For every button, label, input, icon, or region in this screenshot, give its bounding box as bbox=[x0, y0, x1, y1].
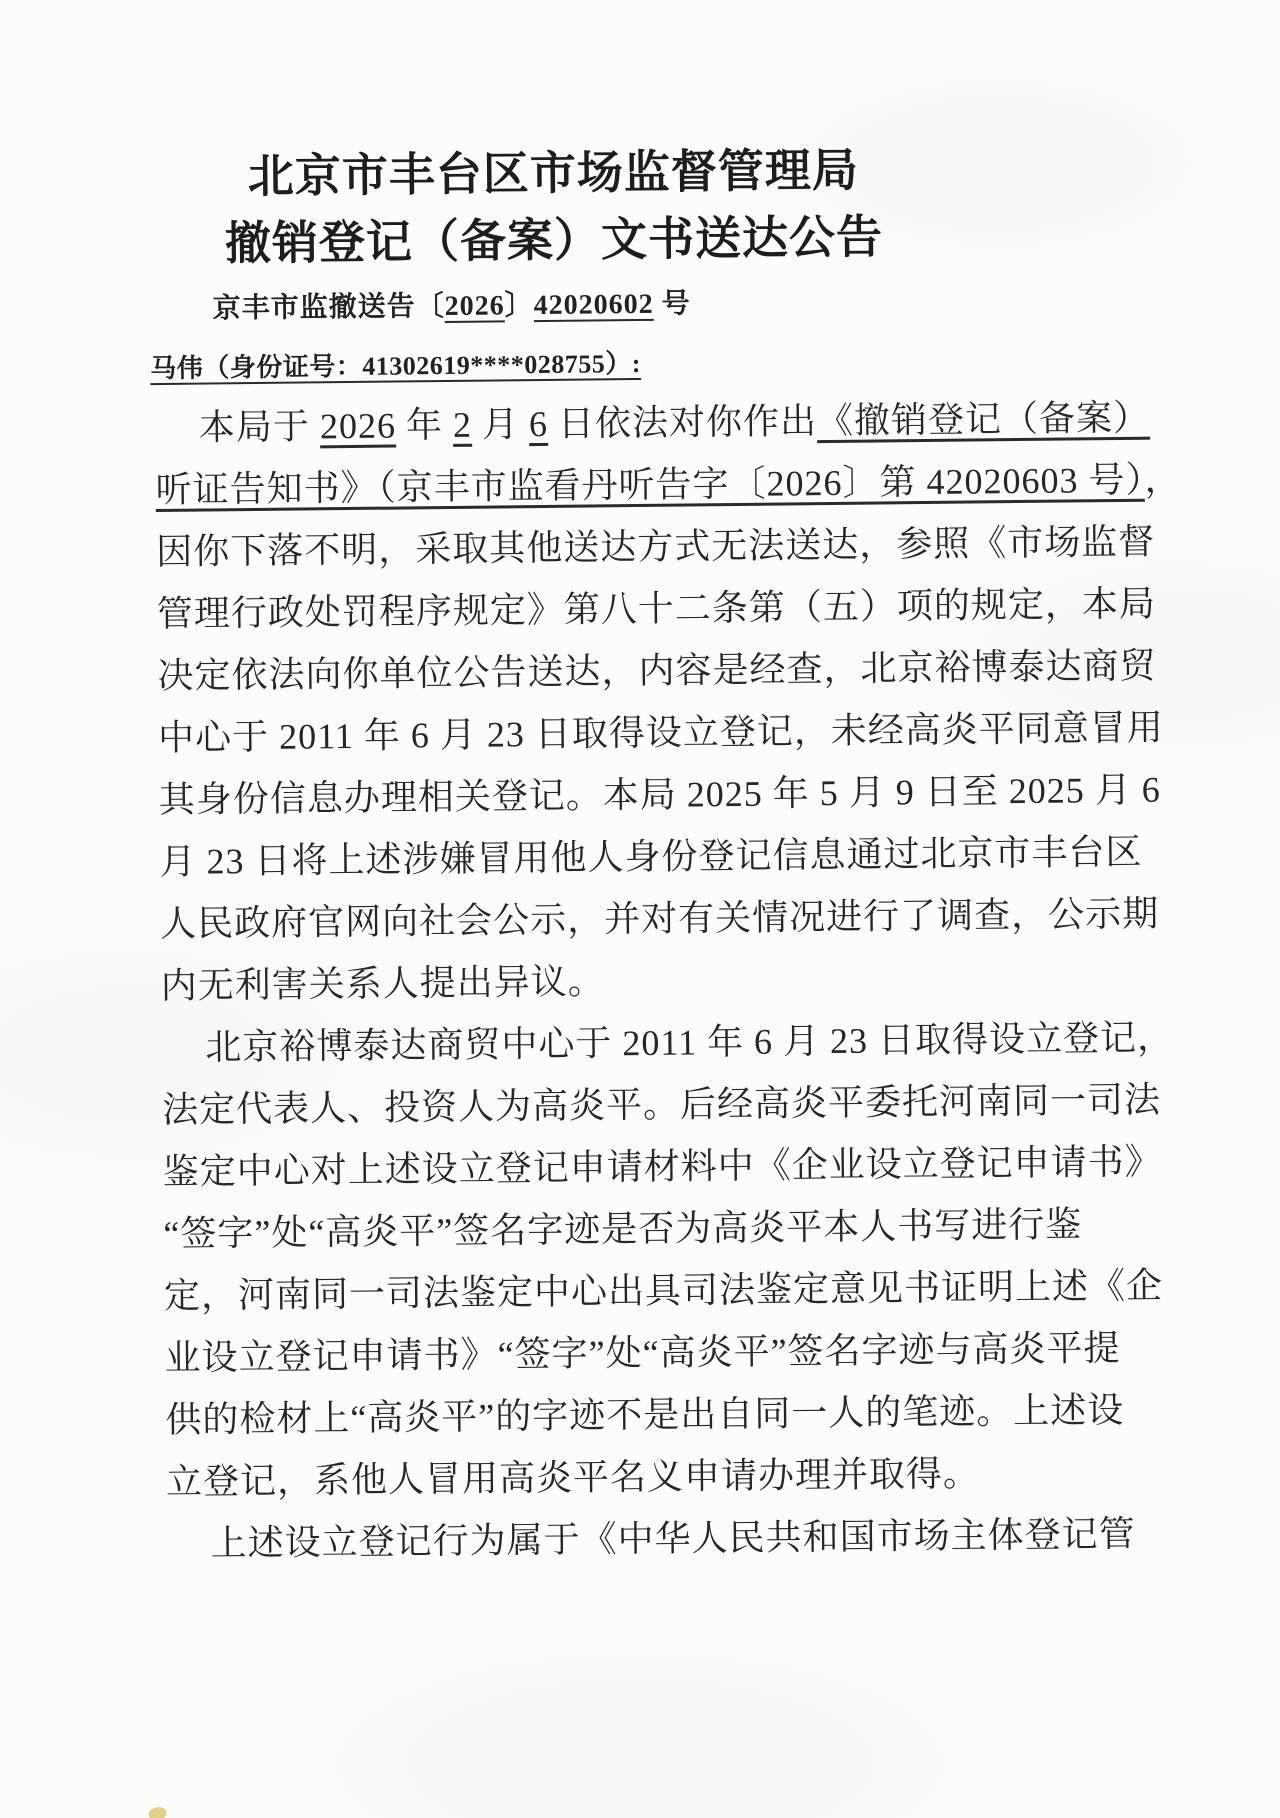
document-content: 北京市丰台区市场监督管理局 撤销登记（备案）文书送达公告 京丰市监撤送告〔202… bbox=[0, 0, 1280, 1818]
text-segment: 月 23 日将上述涉嫌冒用他人身份登记信息通过北京市丰台区 bbox=[159, 832, 1142, 882]
document-title-line1: 北京市丰台区市场监督管理局 bbox=[0, 134, 1115, 213]
body-text-line: 上述设立登记行为属于《中华人民共和国市场主体登记管 bbox=[166, 1502, 1227, 1575]
underlined-text-segment: 42020602 bbox=[534, 289, 654, 321]
body-text-line: 本局于 2026 年 2 月 6 日依法对你作出《撤销登记（备案） bbox=[155, 386, 1216, 459]
body-text-line: 中心于 2011 年 6 月 23 日取得设立登记，未经高炎平同意冒用 bbox=[158, 696, 1219, 769]
text-segment: 号 bbox=[654, 288, 691, 319]
body-text-line: 供的检材上“高炎平”的字迹不是出自同一人的笔迹。上述设 bbox=[165, 1378, 1226, 1451]
text-segment: 内无利害关系人提出异议。 bbox=[161, 961, 605, 1006]
text-segment: 因你下落不明，采取其他送达方式无法送达，参照《市场监督 bbox=[156, 522, 1155, 572]
addressee-line: 马伟（身份证号：41302619****028755）: bbox=[150, 348, 641, 385]
body-text-line: 其身份信息办理相关登记。本局 2025 年 5 月 9 日至 2025 月 6 bbox=[159, 758, 1220, 831]
underlined-text-segment: 2 bbox=[453, 405, 472, 445]
underlined-text-segment: 2026 bbox=[445, 290, 505, 322]
text-segment: 中心于 2011 年 6 月 23 日取得设立登记，未经高炎平同意冒用 bbox=[158, 708, 1164, 759]
text-segment: 法定代表人、投资人为高炎平。后经高炎平委托河南同一司法 bbox=[162, 1080, 1161, 1130]
body-text-line: 业设立登记申请书》“签字”处“高炎平”签名字迹与高炎平提 bbox=[164, 1316, 1225, 1389]
body-text-line: 听证告知书》（京丰市监看丹听告字〔2026〕第 42020603 号）， bbox=[155, 448, 1216, 521]
text-segment: 定，河南同一司法鉴定中心出具司法鉴定意见书证明上述《企 bbox=[164, 1266, 1163, 1316]
text-segment: 供的检材上“高炎平”的字迹不是出自同一人的笔迹。上述设 bbox=[165, 1390, 1124, 1440]
text-segment: 本局于 bbox=[199, 406, 320, 447]
text-segment: 月 bbox=[472, 404, 529, 445]
body-text-line: 立登记，系他人冒用高炎平名义申请办理并取得。 bbox=[166, 1440, 1227, 1513]
text-segment: 决定依法向你单位公告送达，内容是经查，北京裕博泰达商贸 bbox=[157, 646, 1156, 696]
text-segment: 上述设立登记行为属于《中华人民共和国市场主体登记管 bbox=[210, 1514, 1135, 1564]
body-text-line: 因你下落不明，采取其他送达方式无法送达，参照《市场监督 bbox=[156, 510, 1217, 583]
document-body: 本局于 2026 年 2 月 6 日依法对你作出《撤销登记（备案）听证告知书》（… bbox=[155, 386, 1227, 1575]
text-segment: 立登记，系他人冒用高炎平名义申请办理并取得。 bbox=[166, 1453, 980, 1502]
underlined-text-segment: 《撤销登记（备案） bbox=[817, 398, 1150, 441]
underlined-text-segment: 听证告知书》（京丰市监看丹听告字〔2026〕第 42020603 号） bbox=[155, 460, 1144, 510]
body-text-line: 鉴定中心对上述设立登记申请材料中《企业设立登记申请书》 bbox=[162, 1130, 1223, 1203]
text-segment: “签字”处“高炎平”签名字迹是否为高炎平本人书写进行鉴 bbox=[163, 1204, 1082, 1254]
body-text-line: “签字”处“高炎平”签名字迹是否为高炎平本人书写进行鉴 bbox=[163, 1192, 1224, 1265]
scan-smudge-artifact bbox=[148, 1807, 166, 1818]
body-text-line: 月 23 日将上述涉嫌冒用他人身份登记信息通过北京市丰台区 bbox=[159, 820, 1220, 893]
body-text-line: 人民政府官网向社会公示，并对有关情况进行了调查，公示期 bbox=[160, 882, 1221, 955]
text-segment: 管理行政处罚程序规定》第八十二条第（五）项的规定，本局 bbox=[157, 584, 1156, 634]
text-segment: 其身份信息办理相关登记。本局 2025 年 5 月 9 日至 2025 月 6 bbox=[159, 770, 1161, 820]
text-segment: 京丰市监撤送告〔 bbox=[212, 291, 444, 324]
text-segment: 年 bbox=[396, 405, 453, 446]
body-text-line: 决定依法向你单位公告送达，内容是经查，北京裕博泰达商贸 bbox=[157, 634, 1218, 707]
text-segment: 业设立登记申请书》“签字”处“高炎平”签名字迹与高炎平提 bbox=[164, 1328, 1120, 1378]
text-segment: 鉴定中心对上述设立登记申请材料中《企业设立登记申请书》 bbox=[163, 1142, 1162, 1192]
underlined-text-segment: 6 bbox=[529, 404, 548, 444]
body-text-line: 定，河南同一司法鉴定中心出具司法鉴定意见书证明上述《企 bbox=[164, 1254, 1225, 1327]
document-number: 京丰市监撤送告〔2026〕42020602 号 bbox=[0, 285, 910, 329]
text-segment: 〕 bbox=[504, 290, 533, 321]
text-segment: ， bbox=[1144, 459, 1181, 499]
body-text-line: 内无利害关系人提出异议。 bbox=[160, 944, 1221, 1017]
body-text-line: 管理行政处罚程序规定》第八十二条第（五）项的规定，本局 bbox=[157, 572, 1218, 645]
text-segment: 人民政府官网向社会公示，并对有关情况进行了调查，公示期 bbox=[160, 894, 1159, 944]
underlined-text-segment: 2026 bbox=[320, 406, 396, 447]
body-text-line: 法定代表人、投资人为高炎平。后经高炎平委托河南同一司法 bbox=[162, 1068, 1223, 1141]
text-segment: 日依法对你作出 bbox=[548, 401, 817, 444]
document-title: 北京市丰台区市场监督管理局 撤销登记（备案）文书送达公告 bbox=[0, 134, 1115, 280]
document-title-line2: 撤销登记（备案）文书送达公告 bbox=[0, 201, 1115, 280]
body-text-line: 北京裕博泰达商贸中心于 2011 年 6 月 23 日取得设立登记， bbox=[161, 1006, 1222, 1079]
scanned-document-page: 北京市丰台区市场监督管理局 撤销登记（备案）文书送达公告 京丰市监撤送告〔202… bbox=[0, 0, 1280, 1818]
underlined-text-segment: 马伟（身份证号：41302619****028755）: bbox=[150, 349, 641, 383]
text-segment: 北京裕博泰达商贸中心于 2011 年 6 月 23 日取得设立登记， bbox=[205, 1017, 1174, 1067]
